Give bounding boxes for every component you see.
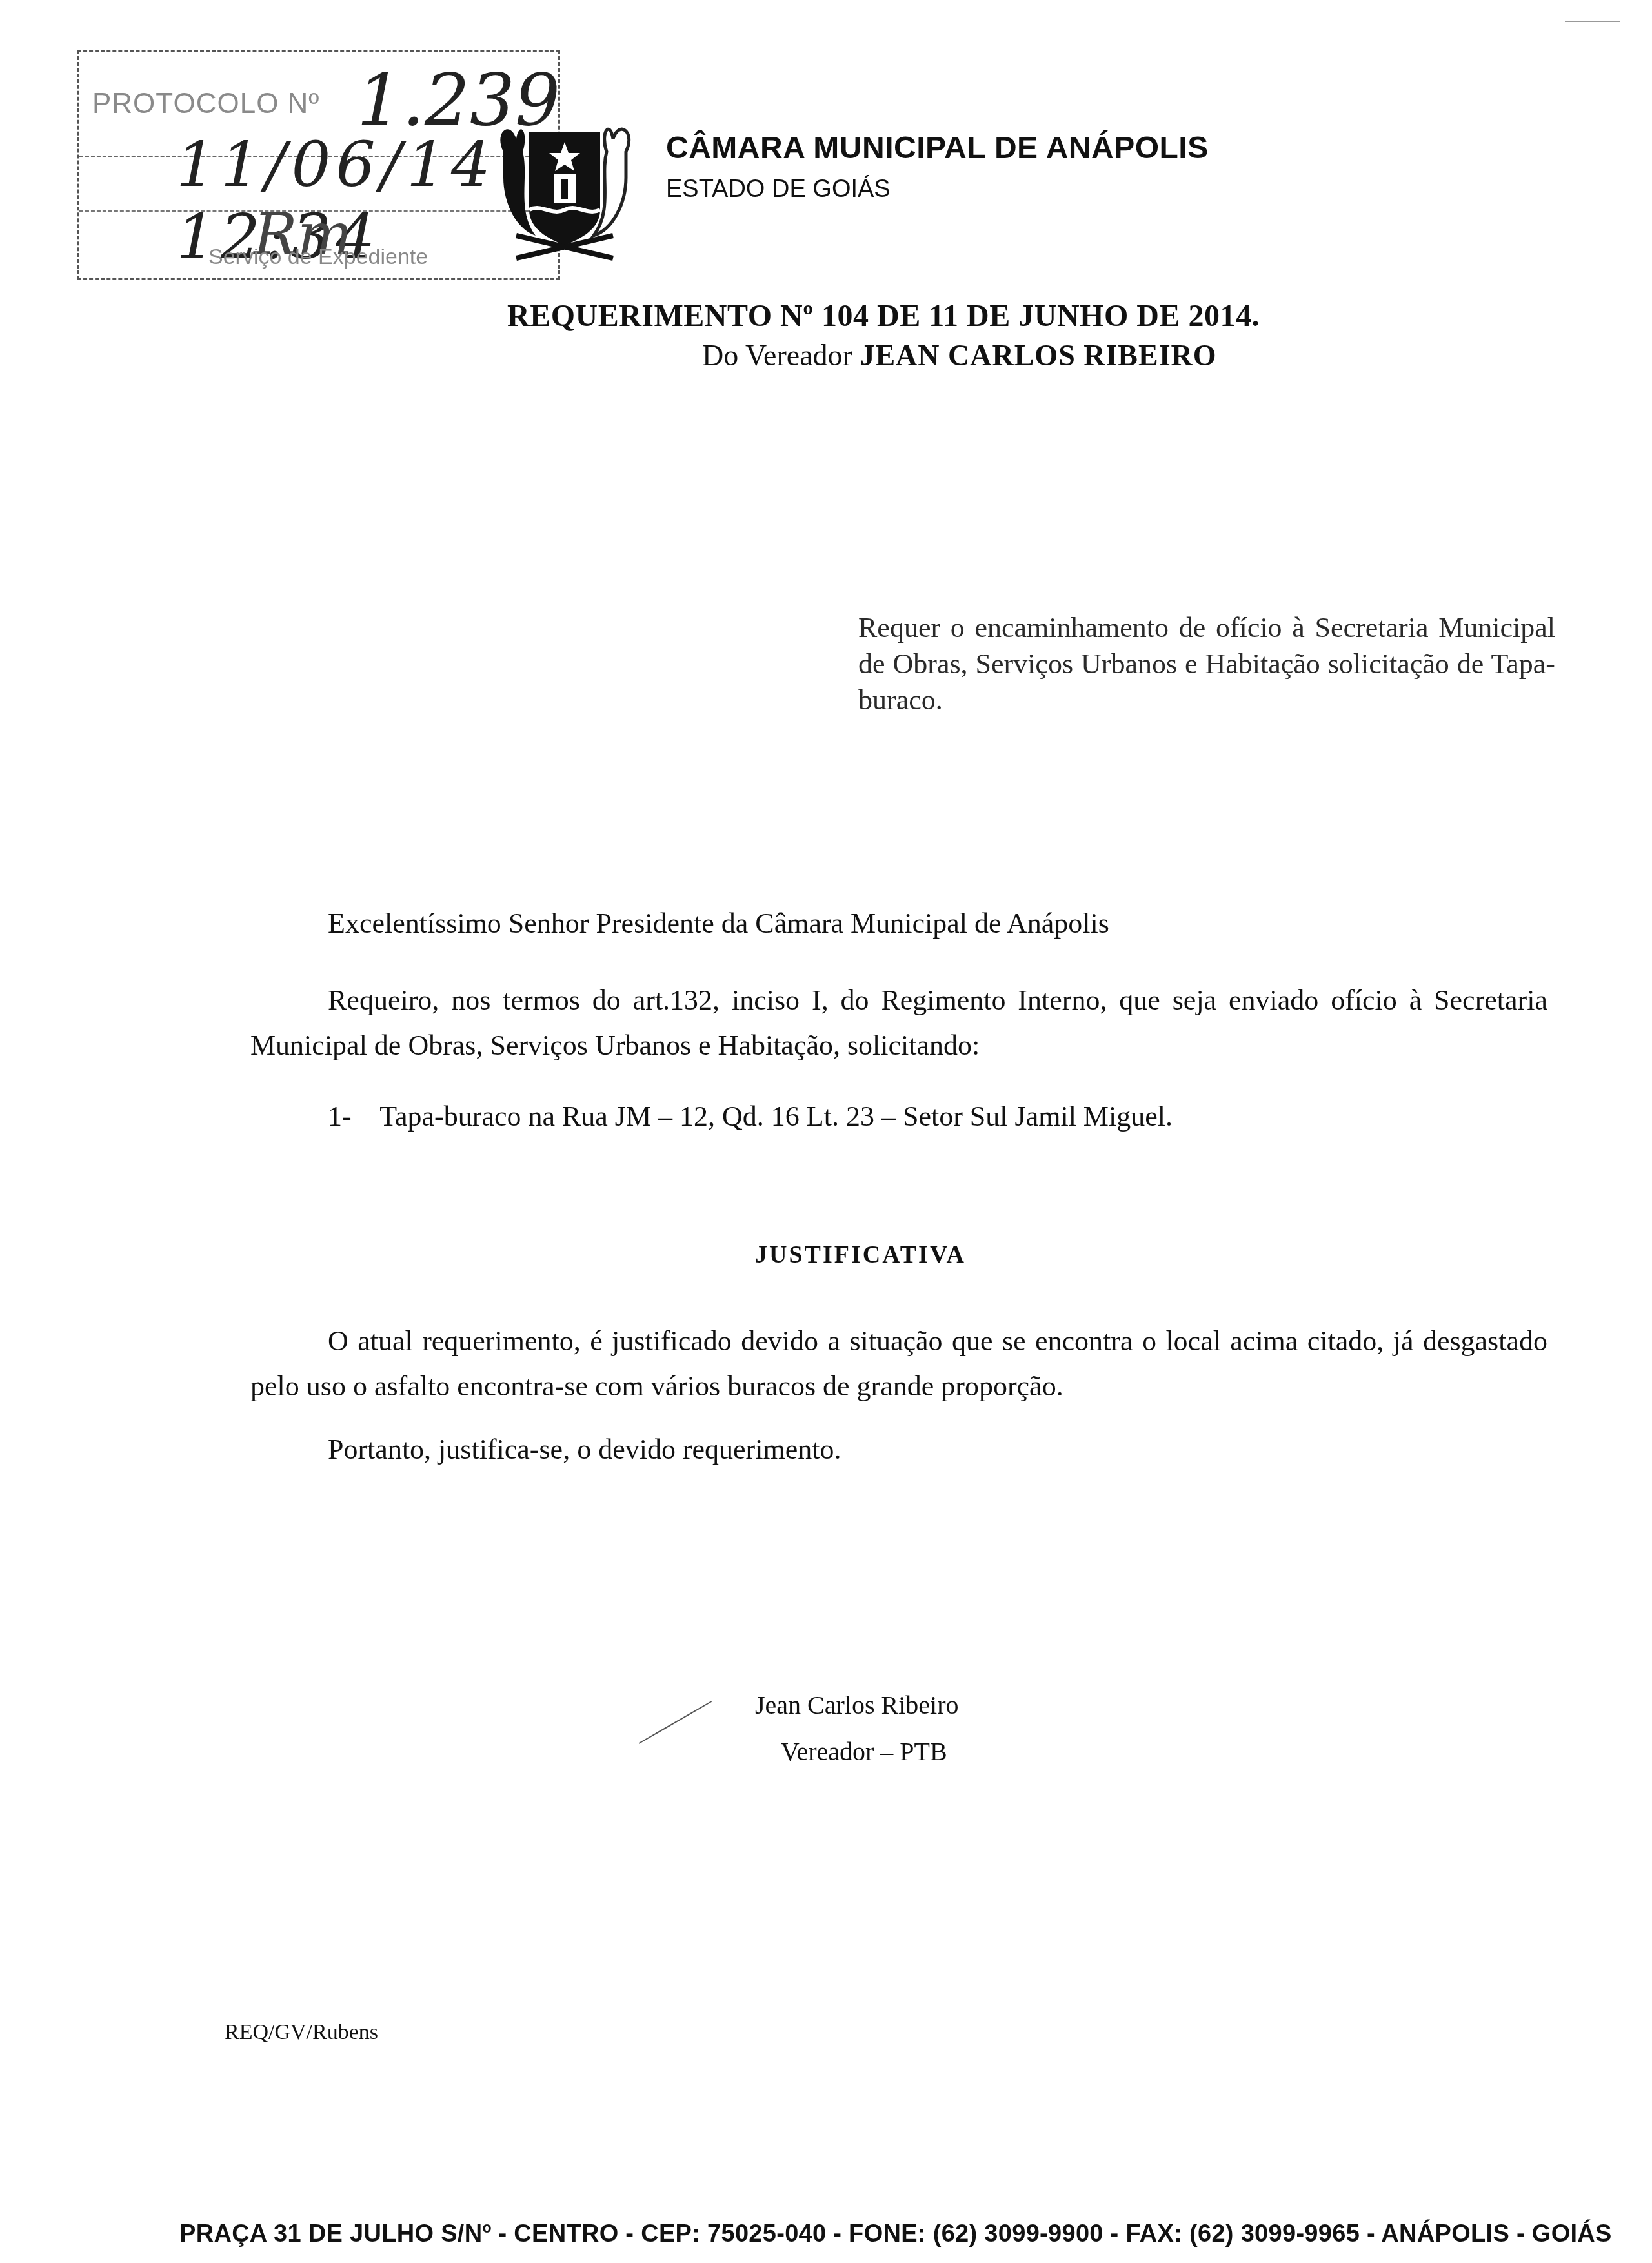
signature-stroke — [639, 1701, 712, 1744]
stamp-label: PROTOCOLO Nº — [92, 88, 319, 120]
request-item-text: Tapa-buraco na Rua JM – 12, Qd. 16 Lt. 2… — [379, 1101, 1173, 1132]
request-item: 1- Tapa-buraco na Rua JM – 12, Qd. 16 Lt… — [328, 1100, 1173, 1133]
document-summary: Requer o encaminhamento de ofício à Secr… — [858, 610, 1555, 718]
signature-role: Vereador – PTB — [781, 1736, 947, 1767]
justification-paragraph: O atual requerimento, é justificado devi… — [250, 1319, 1547, 1409]
request-paragraph: Requeiro, nos termos do art.132, inciso … — [250, 978, 1547, 1068]
justification-heading: JUSTIFICATIVA — [755, 1241, 966, 1269]
document-title: REQUERIMENTO Nº 104 DE 11 DE JUNHO DE 20… — [507, 298, 1260, 334]
stamp-footer: Serviço de Expediente — [208, 245, 428, 270]
org-state: ESTADO DE GOIÁS — [666, 176, 891, 203]
footer-address: PRAÇA 31 DE JULHO S/Nº - CENTRO - CEP: 7… — [179, 2220, 1612, 2248]
salutation: Excelentíssimo Senhor Presidente da Câma… — [328, 907, 1109, 940]
reference-code: REQ/GV/Rubens — [225, 2020, 378, 2045]
top-right-rule — [1565, 21, 1620, 22]
author-prefix: Do Vereador — [702, 339, 852, 372]
request-item-number: 1- — [328, 1100, 373, 1133]
coat-of-arms-icon — [490, 107, 639, 261]
protocol-stamp: PROTOCOLO Nº 1.239 11/06/14 12:34 Rm Ser… — [77, 50, 560, 280]
signature-name: Jean Carlos Ribeiro — [755, 1690, 959, 1720]
document-author: Do Vereador JEAN CARLOS RIBEIRO — [702, 338, 1217, 372]
closing-paragraph: Portanto, justifica-se, o devido requeri… — [328, 1433, 841, 1466]
author-name: JEAN CARLOS RIBEIRO — [860, 339, 1216, 372]
org-name: CÂMARA MUNICIPAL DE ANÁPOLIS — [666, 130, 1209, 166]
